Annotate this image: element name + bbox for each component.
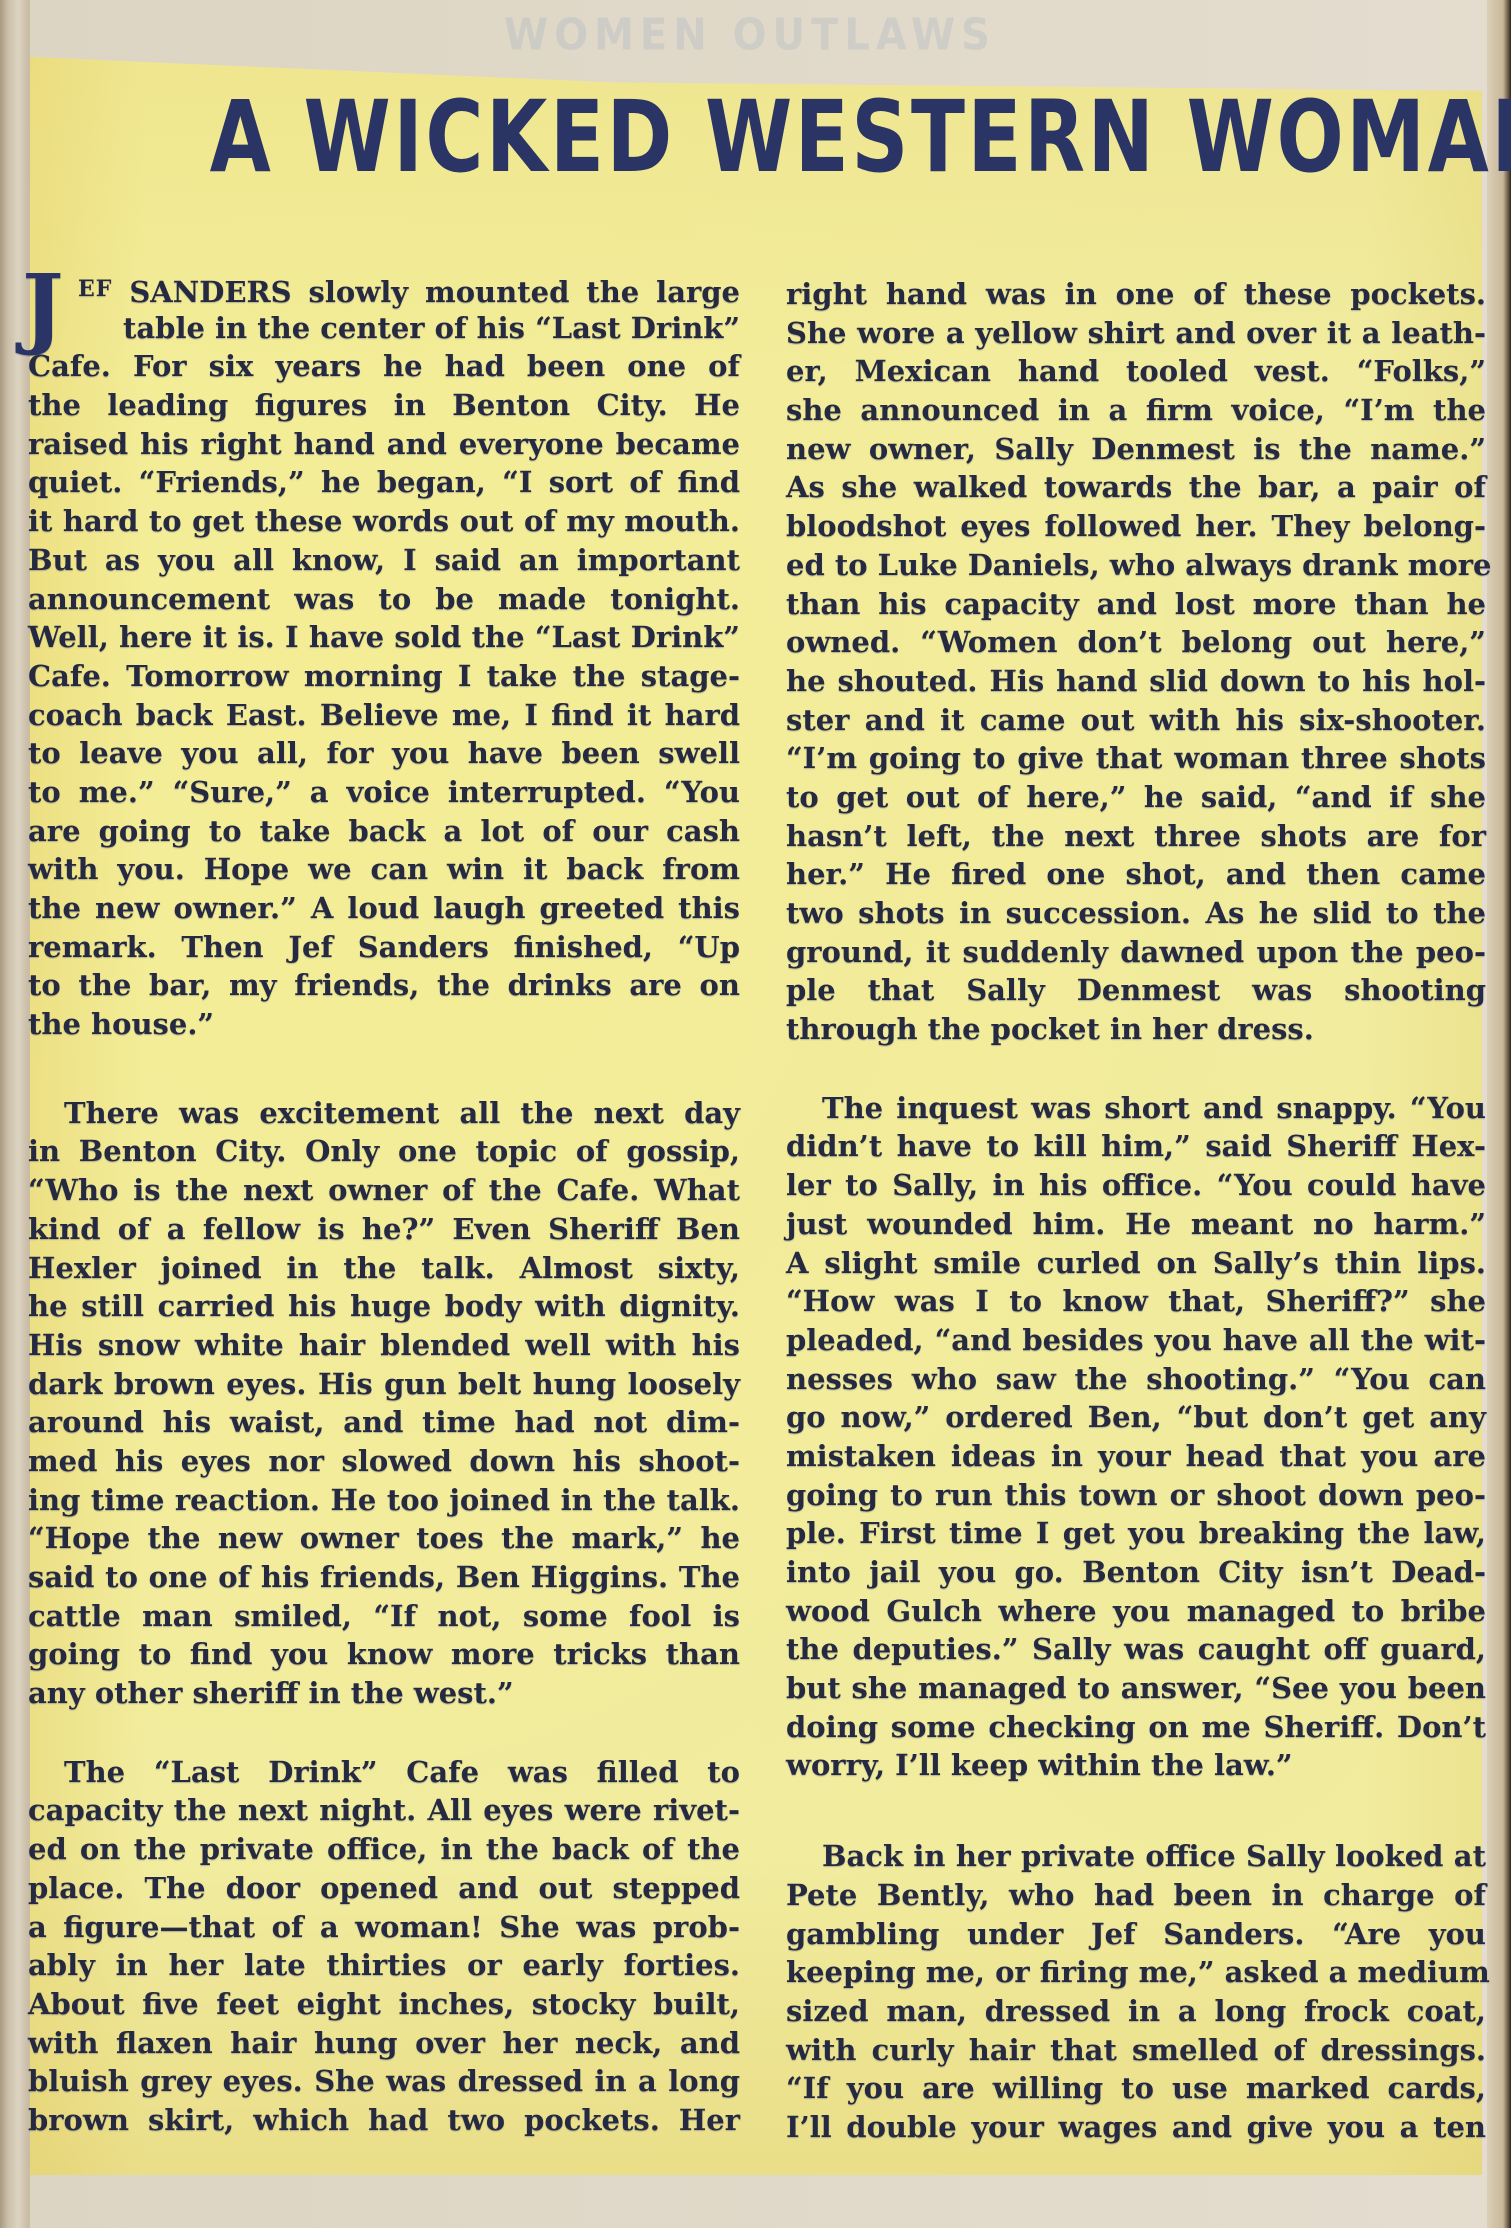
text-line: His snow white hair blended well with hi… xyxy=(28,1326,740,1365)
text-line: into jail you go. Benton City isn’t Dead… xyxy=(786,1553,1486,1592)
text-line: Well, here it is. I have sold the “Last … xyxy=(28,618,740,657)
paragraph: J EF SANDERS slowly mounted the large ta… xyxy=(28,270,740,1044)
text-line: around his waist, and time had not dim- xyxy=(28,1403,740,1442)
text-line: “Hope the new owner toes the mark,” he xyxy=(28,1519,740,1558)
text-line: go now,” ordered Ben, “but don’t get any xyxy=(786,1398,1486,1437)
text-line: She wore a yellow shirt and over it a le… xyxy=(786,314,1486,353)
text-line: keeping me, or firing me,” asked a mediu… xyxy=(786,1953,1486,1992)
text-line: ple that Sally Denmest was shooting xyxy=(786,971,1486,1010)
paragraph: The “Last Drink” Cafe was filled to capa… xyxy=(28,1753,740,2140)
text-line: in Benton City. Only one topic of gossip… xyxy=(28,1132,740,1171)
text-line: but she managed to answer, “See you been xyxy=(786,1669,1486,1708)
text-line: Hexler joined in the talk. Almost sixty, xyxy=(28,1249,740,1288)
paragraph-gap xyxy=(786,1785,1486,1837)
text-line: er, Mexican hand tooled vest. “Folks,” xyxy=(786,352,1486,391)
text-line: doing some checking on me Sheriff. Don’t xyxy=(786,1708,1486,1747)
text-line: But as you all know, I said an important xyxy=(28,541,740,580)
text-line: he still carried his huge body with dign… xyxy=(28,1287,740,1326)
text-line: gambling under Jef Sanders. “Are you xyxy=(786,1915,1486,1954)
text-line: mistaken ideas in your head that you are xyxy=(786,1437,1486,1476)
text-line: ple. First time I get you breaking the l… xyxy=(786,1514,1486,1553)
text-line: ler to Sally, in his office. “You could … xyxy=(786,1166,1486,1205)
text-line: to get out of here,” he said, “and if sh… xyxy=(786,778,1486,817)
text-line: with you. Hope we can win it back from xyxy=(28,850,740,889)
text-line: quiet. “Friends,” he began, “I sort of f… xyxy=(28,463,740,502)
text-line: he shouted. His hand slid down to his ho… xyxy=(786,662,1486,701)
text-line: just wounded him. He meant no harm.” xyxy=(786,1205,1486,1244)
magazine-page: WOMEN OUTLAWS A WICKED WESTERN WOMAN J E… xyxy=(0,0,1511,2228)
text-line: to me.” “Sure,” a voice interrupted. “Yo… xyxy=(28,773,740,812)
paragraph-gap xyxy=(786,1049,1486,1089)
text-line: A slight smile curled on Sally’s thin li… xyxy=(786,1244,1486,1283)
text-line: “I’m going to give that woman three shot… xyxy=(786,739,1486,778)
text-line: it hard to get these words out of my mou… xyxy=(28,502,740,541)
right-column: right hand was in one of these pockets. … xyxy=(786,275,1486,2147)
text-line: going to find you know more tricks than xyxy=(28,1635,740,1674)
text-line: ground, it suddenly dawned upon the peo- xyxy=(786,933,1486,972)
text-line: to leave you all, for you have been swel… xyxy=(28,734,740,773)
text-line: the deputies.” Sally was caught off guar… xyxy=(786,1630,1486,1669)
drop-cap: J xyxy=(22,266,64,346)
text-line: sized man, dressed in a long frock coat, xyxy=(786,1992,1486,2031)
text-line: I’ll double your wages and give you a te… xyxy=(786,2108,1486,2147)
text-line: About five feet eight inches, stocky bui… xyxy=(28,1985,740,2024)
text-line: ably in her late thirties or early forti… xyxy=(28,1946,740,1985)
text-line: didn’t have to kill him,” said Sheriff H… xyxy=(786,1127,1486,1166)
text-line: The inquest was short and snappy. “You xyxy=(786,1089,1486,1128)
text-line: ed on the private office, in the back of… xyxy=(28,1830,740,1869)
left-column: J EF SANDERS slowly mounted the large ta… xyxy=(28,270,740,2140)
text-line: hasn’t left, the next three shots are fo… xyxy=(786,817,1486,856)
bleed-through-text: WOMEN OUTLAWS xyxy=(470,10,1030,61)
text-line: place. The door opened and out stepped xyxy=(28,1869,740,1908)
text-line: “How was I to know that, Sheriff?” she xyxy=(786,1282,1486,1321)
text-line: brown skirt, which had two pockets. Her xyxy=(28,2101,740,2140)
story-title: A WICKED WESTERN WOMAN xyxy=(210,78,1311,197)
text-line: going to run this town or shoot down peo… xyxy=(786,1476,1486,1515)
text-line: As she walked towards the bar, a pair of xyxy=(786,468,1486,507)
text-line: ing time reaction. He too joined in the … xyxy=(28,1481,740,1520)
text-line: table in the center of his “Last Drink” xyxy=(28,309,740,348)
text-line: There was excitement all the next day xyxy=(28,1094,740,1133)
text-line: ster and it came out with his six-shoote… xyxy=(786,701,1486,740)
text-line: to the bar, my friends, the drinks are o… xyxy=(28,966,740,1005)
text-line: announcement was to be made tonight. xyxy=(28,580,740,619)
text-line: nesses who saw the shooting.” “You can xyxy=(786,1360,1486,1399)
text-line: remark. Then Jef Sanders finished, “Up xyxy=(28,928,740,967)
paragraph-gap xyxy=(28,1044,740,1094)
paragraph: Back in her private office Sally looked … xyxy=(786,1837,1486,2147)
paragraph: There was excitement all the next day in… xyxy=(28,1094,740,1713)
text-line: owned. “Women don’t belong out here,” xyxy=(786,623,1486,662)
text-line: ed to Luke Daniels, who always drank mor… xyxy=(786,546,1486,585)
text-line: capacity the next night. All eyes were r… xyxy=(28,1791,740,1830)
text-line: a figure—that of a woman! She was prob- xyxy=(28,1908,740,1947)
drop-cap-rest: EF xyxy=(78,276,112,302)
text-line: Pete Bently, who had been in charge of xyxy=(786,1876,1486,1915)
text-line: with flaxen hair hung over her neck, and xyxy=(28,2024,740,2063)
text-line: with curly hair that smelled of dressing… xyxy=(786,2031,1486,2070)
text-line: “If you are willing to use marked cards, xyxy=(786,2069,1486,2108)
paragraph-gap xyxy=(28,1713,740,1753)
text-line: med his eyes nor slowed down his shoot- xyxy=(28,1442,740,1481)
paragraph: The inquest was short and snappy. “You d… xyxy=(786,1089,1486,1785)
text-line: The “Last Drink” Cafe was filled to xyxy=(28,1753,740,1792)
text-line: said to one of his friends, Ben Higgins.… xyxy=(28,1558,740,1597)
text-line: worry, I’ll keep within the law.” xyxy=(786,1746,1486,1785)
text-line: two shots in succession. As he slid to t… xyxy=(786,894,1486,933)
text-line: cattle man smiled, “If not, some fool is xyxy=(28,1597,740,1636)
text-line: Cafe. For six years he had been one of xyxy=(28,347,740,386)
text-line: bloodshot eyes followed her. They belong… xyxy=(786,507,1486,546)
text-line: new owner, Sally Denmest is the name.” xyxy=(786,430,1486,469)
text-line: the new owner.” A loud laugh greeted thi… xyxy=(28,889,740,928)
text-line: pleaded, “and besides you have all the w… xyxy=(786,1321,1486,1360)
text-line: she announced in a firm voice, “I’m the xyxy=(786,391,1486,430)
text-line: her.” He fired one shot, and then came xyxy=(786,855,1486,894)
text-line: right hand was in one of these pockets. xyxy=(786,275,1486,314)
text-line: dark brown eyes. His gun belt hung loose… xyxy=(28,1365,740,1404)
text-line: EF SANDERS slowly mounted the large xyxy=(28,270,740,309)
text-line: coach back East. Believe me, I find it h… xyxy=(28,696,740,735)
text-line: kind of a fellow is he?” Even Sheriff Be… xyxy=(28,1210,740,1249)
paragraph: right hand was in one of these pockets. … xyxy=(786,275,1486,1049)
text-line: raised his right hand and everyone becam… xyxy=(28,425,740,464)
text-line: are going to take back a lot of our cash xyxy=(28,812,740,851)
text-line: than his capacity and lost more than he xyxy=(786,585,1486,624)
text-line: Cafe. Tomorrow morning I take the stage- xyxy=(28,657,740,696)
text-line: “Who is the next owner of the Cafe. What xyxy=(28,1171,740,1210)
text-line: through the pocket in her dress. xyxy=(786,1010,1486,1049)
text-line: any other sheriff in the west.” xyxy=(28,1674,740,1713)
page-edge xyxy=(1487,0,1511,2228)
text-line: the leading figures in Benton City. He xyxy=(28,386,740,425)
text-line: the house.” xyxy=(28,1005,740,1044)
text-line: bluish grey eyes. She was dressed in a l… xyxy=(28,2062,740,2101)
text-line: wood Gulch where you managed to bribe xyxy=(786,1592,1486,1631)
line-text: SANDERS slowly mounted the large xyxy=(112,275,740,309)
text-line: Back in her private office Sally looked … xyxy=(786,1837,1486,1876)
